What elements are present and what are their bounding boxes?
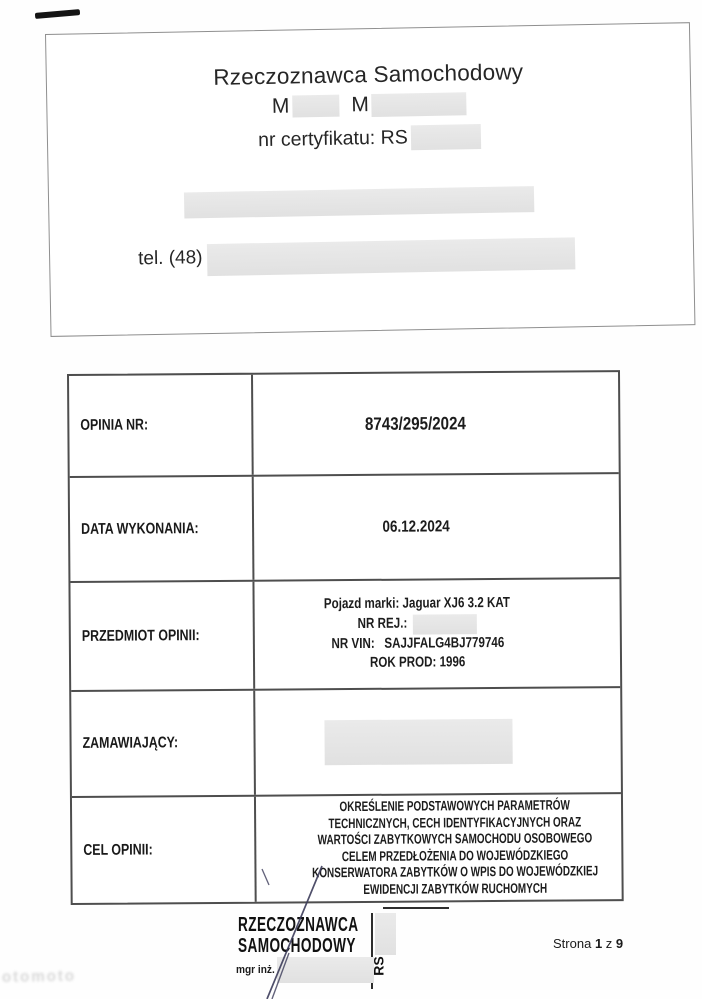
certificate-line: nr certyfikatu: RS	[48, 120, 691, 157]
row-value-cell: 06.12.2024	[254, 474, 620, 580]
redaction-box	[292, 95, 339, 118]
site-watermark: otomoto	[2, 967, 135, 997]
redaction-box	[371, 92, 466, 117]
page-word: Strona	[553, 936, 591, 951]
stamp-line-2: SAMOCHODOWY	[238, 936, 358, 957]
table-row-date: DATA WYKONANIA: 06.12.2024	[70, 472, 620, 581]
table-row-opinion-number: OPINIA NR: 8743/295/2024	[69, 372, 619, 476]
registration-line: NR REJ.:	[358, 614, 477, 635]
last-name-initial: M	[351, 93, 369, 117]
row-value-cell: 8743/295/2024	[253, 372, 619, 475]
purpose-line: CELEM PRZEDŁOŻENIA DO WOJEWÓDZKIEGO	[342, 847, 569, 865]
purpose-line: TECHNICZNYCH, CECH IDENTYFIKACYJNYCH ORA…	[328, 814, 581, 832]
row-label-cell: PRZEDMIOT OPINII:	[70, 582, 255, 690]
redaction-box	[277, 957, 374, 983]
expert-stamp: RZECZOZNAWCA SAMOCHODOWY	[238, 915, 358, 957]
address-redaction-box	[184, 186, 534, 218]
phone-line: tel. (48)	[138, 237, 576, 277]
row-label: CEL OPINII:	[83, 841, 152, 859]
registration-label: NR REJ.:	[358, 615, 408, 635]
opinion-number-value: 8743/295/2024	[365, 413, 466, 435]
scanned-document-page: Rzeczoznawca Samochodowy M M nr certyfik…	[0, 0, 702, 999]
table-row-purpose: CEL OPINII: OKREŚLENIE PODSTAWOWYCH PARA…	[72, 792, 622, 903]
row-label-cell: ZAMAWIAJĄCY:	[71, 691, 256, 796]
redaction-box	[375, 913, 396, 955]
row-value-cell	[255, 688, 621, 795]
row-label-cell: DATA WYKONANIA:	[70, 477, 255, 581]
opinion-table: OPINIA NR: 8743/295/2024 DATA WYKONANIA:…	[67, 370, 624, 905]
stamp-line-1: RZECZOZNAWCA	[238, 915, 358, 936]
row-value-cell: Pojazd marki: Jaguar XJ6 3.2 KAT NR REJ.…	[254, 579, 620, 689]
row-label: OPINIA NR:	[80, 416, 148, 434]
date-value: 06.12.2024	[383, 518, 450, 536]
phone-label: tel. (48)	[138, 244, 203, 270]
vin-line: NR VIN: SAJJFALG4BJ779746	[331, 634, 504, 655]
stamp-degree-prefix: mgr inż.	[236, 964, 275, 976]
certificate-label: nr certyfikatu: RS	[258, 126, 408, 152]
purpose-text-block: OKREŚLENIE PODSTAWOWYCH PARAMETRÓW TECHN…	[312, 797, 599, 898]
vehicle-make-line: Pojazd marki: Jaguar XJ6 3.2 KAT	[324, 594, 510, 615]
customer-redaction-box	[324, 718, 512, 764]
page-of-word: z	[606, 936, 613, 951]
table-row-customer: ZAMAWIAJĄCY:	[71, 686, 621, 796]
stamp-frame-horizontal	[383, 907, 449, 909]
expert-name-line: M M	[47, 87, 690, 123]
first-name-initial: M	[272, 95, 290, 119]
page-indicator: Strona 1 z 9	[553, 936, 623, 951]
purpose-line: KONSERWATORA ZABYTKÓW O WPIS DO WOJEWÓDZ…	[312, 863, 598, 881]
redaction-box	[207, 237, 576, 276]
purpose-line: WARTOŚCI ZABYTKOWYCH SAMOCHODU OSOBOWEGO	[318, 830, 593, 848]
scan-corner-mark	[35, 9, 80, 19]
expert-header-card: Rzeczoznawca Samochodowy M M nr certyfik…	[45, 22, 695, 337]
purpose-line: OKREŚLENIE PODSTAWOWYCH PARAMETRÓW	[339, 798, 569, 816]
redaction-box	[413, 614, 477, 634]
row-label-cell: CEL OPINII:	[72, 797, 257, 903]
row-label: DATA WYKONANIA:	[81, 520, 199, 539]
redaction-box	[411, 124, 481, 150]
row-label-cell: OPINIA NR:	[69, 375, 254, 476]
row-value-cell: OKREŚLENIE PODSTAWOWYCH PARAMETRÓW TECHN…	[256, 794, 688, 902]
page-total: 9	[616, 936, 623, 951]
row-label: ZAMAWIAJĄCY:	[83, 734, 179, 753]
page-number: 1	[595, 936, 602, 951]
table-row-subject: PRZEDMIOT OPINII: Pojazd marki: Jaguar X…	[70, 577, 620, 690]
row-label: PRZEDMIOT OPINII:	[82, 627, 200, 646]
production-year-line: ROK PROD: 1996	[370, 653, 466, 673]
purpose-line: EWIDENCJI ZABYTKÓW RUCHOMYCH	[363, 880, 547, 898]
